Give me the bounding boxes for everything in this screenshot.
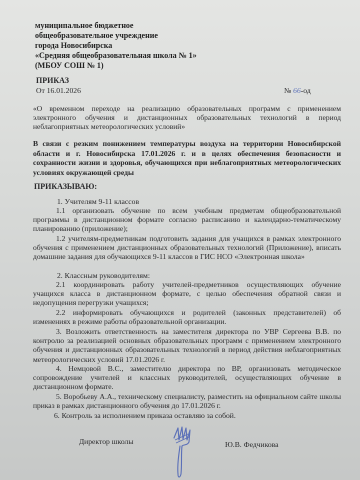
org-line-3: города Новосибирска [35,41,112,50]
order-date: От 16.01.2026 [36,86,81,95]
signature-name: Ю.В. Федчикова [225,440,279,449]
org-line-2: общеобразовательное учреждение [35,31,158,40]
item-6: 6. Контроль за исполнением приказа остав… [54,411,236,420]
item-4: 4. Немцовой В.С., заместителю директора … [33,364,341,392]
document-page: муниципальное бюджетное общеобразователь… [0,0,360,480]
item-1: 1. Учителям 9-11 классов [57,197,139,206]
item-2-1: 2.1 координировать работу учителей-предм… [33,280,341,308]
org-line-5: (МБОУ СОШ № 1) [35,61,104,70]
order-preamble: В связи с резким понижением температуры … [33,139,341,177]
order-word: ПРИКАЗЫВАЮ: [34,182,97,191]
order-number-handwritten: 66 [293,86,301,95]
order-title: ПРИКАЗ [36,76,69,85]
org-line-4: «Средняя общеобразовательная школа № 1» [35,51,197,60]
org-line-1: муниципальное бюджетное [35,21,133,30]
item-5: 5. Воробьеву А.А., техническому специали… [33,392,341,410]
item-3: 3. Возложить ответственность на заместит… [33,327,341,364]
order-number-prefix: № [284,86,291,95]
item-1-1: 1.1 организовать обучение по всем учебны… [33,206,341,234]
order-number-suffix: -од [301,86,311,95]
item-2: 2. Классным руководителям: [57,271,150,280]
signature-position: Директор школы [79,437,133,446]
signature-scribble-icon [170,424,192,480]
item-2-2: 2.2 информировать обучающихся и родителе… [33,308,341,326]
item-1-2: 1.2 учителям-предметникам подготовить за… [33,234,341,262]
order-number: № 66-од [284,86,311,95]
order-subject: «О временном переходе на реализацию обра… [33,104,341,132]
